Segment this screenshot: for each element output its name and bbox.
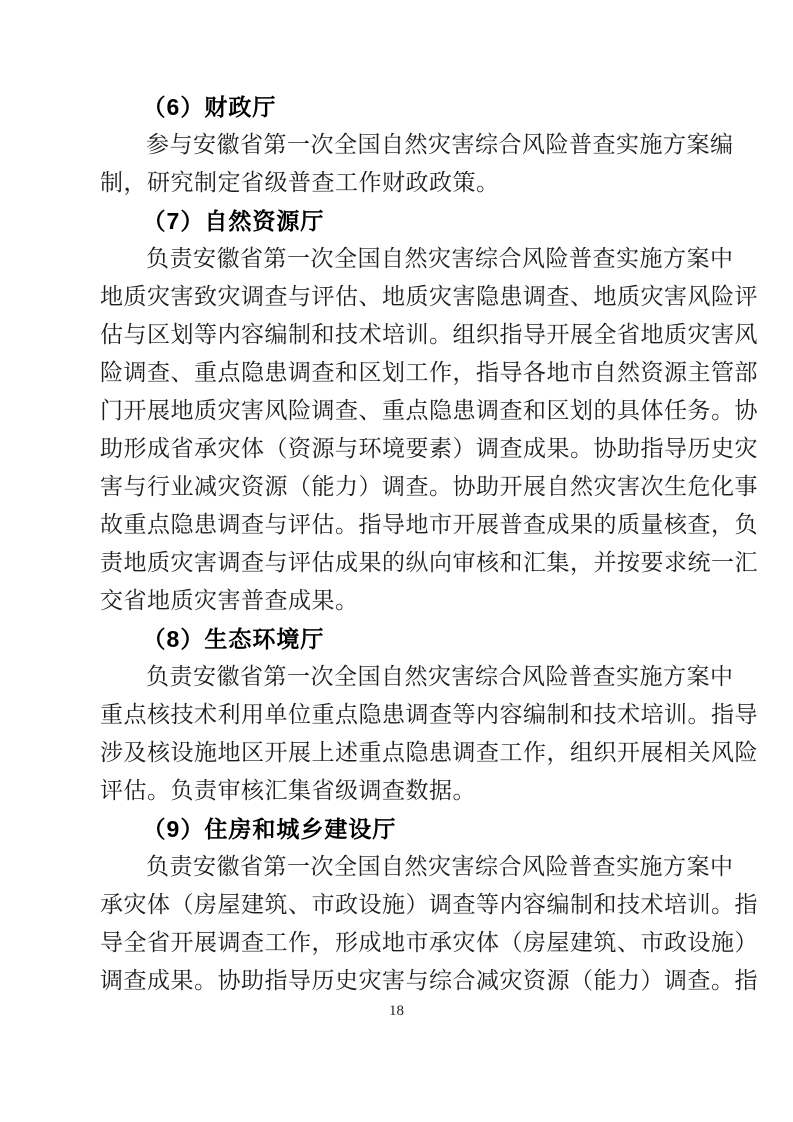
document-page: （6）财政厅 参与安徽省第一次全国自然灾害综合风险普查实施方案编 制，研究制定省… — [0, 0, 793, 1122]
section-heading-finance: （6）财政厅 — [100, 88, 700, 126]
paragraph-line: 门开展地质灾害风险调查、重点隐患调查和区划的具体任务。协 — [100, 392, 700, 430]
paragraph-line: 险调查、重点隐患调查和区划工作，指导各地市自然资源主管部 — [100, 354, 700, 392]
paragraph-line: 负责安徽省第一次全国自然灾害综合风险普查实施方案中 — [100, 658, 700, 696]
paragraph-line: 承灾体（房屋建筑、市政设施）调查等内容编制和技术培训。指 — [100, 886, 700, 924]
paragraph-line: 负责安徽省第一次全国自然灾害综合风险普查实施方案中 — [100, 240, 700, 278]
paragraph-line: 估与区划等内容编制和技术培训。组织指导开展全省地质灾害风 — [100, 316, 700, 354]
paragraph-line: 制，研究制定省级普查工作财政政策。 — [100, 164, 700, 202]
section-heading-housing-urban-rural: （9）住房和城乡建设厅 — [100, 810, 700, 848]
paragraph-line: 助形成省承灾体（资源与环境要素）调查成果。协助指导历史灾 — [100, 430, 700, 468]
paragraph-line: 重点核技术利用单位重点隐患调查等内容编制和技术培训。指导 — [100, 696, 700, 734]
section-heading-ecology-environment: （8）生态环境厅 — [100, 620, 700, 658]
paragraph-line: 地质灾害致灾调查与评估、地质灾害隐患调查、地质灾害风险评 — [100, 278, 700, 316]
page-number: 18 — [0, 998, 793, 1024]
document-content: （6）财政厅 参与安徽省第一次全国自然灾害综合风险普查实施方案编 制，研究制定省… — [100, 88, 700, 1000]
paragraph-line: 负责安徽省第一次全国自然灾害综合风险普查实施方案中 — [100, 848, 700, 886]
paragraph-line: 参与安徽省第一次全国自然灾害综合风险普查实施方案编 — [100, 126, 700, 164]
paragraph-line: 调查成果。协助指导历史灾害与综合减灾资源（能力）调查。指 — [100, 962, 700, 1000]
paragraph-line: 责地质灾害调查与评估成果的纵向审核和汇集，并按要求统一汇 — [100, 544, 700, 582]
section-heading-natural-resources: （7）自然资源厅 — [100, 202, 700, 240]
paragraph-line: 导全省开展调查工作，形成地市承灾体（房屋建筑、市政设施） — [100, 924, 700, 962]
paragraph-line: 涉及核设施地区开展上述重点隐患调查工作，组织开展相关风险 — [100, 734, 700, 772]
paragraph-line: 交省地质灾害普查成果。 — [100, 582, 700, 620]
paragraph-line: 评估。负责审核汇集省级调查数据。 — [100, 772, 700, 810]
paragraph-line: 故重点隐患调查与评估。指导地市开展普查成果的质量核查，负 — [100, 506, 700, 544]
paragraph-line: 害与行业减灾资源（能力）调查。协助开展自然灾害次生危化事 — [100, 468, 700, 506]
